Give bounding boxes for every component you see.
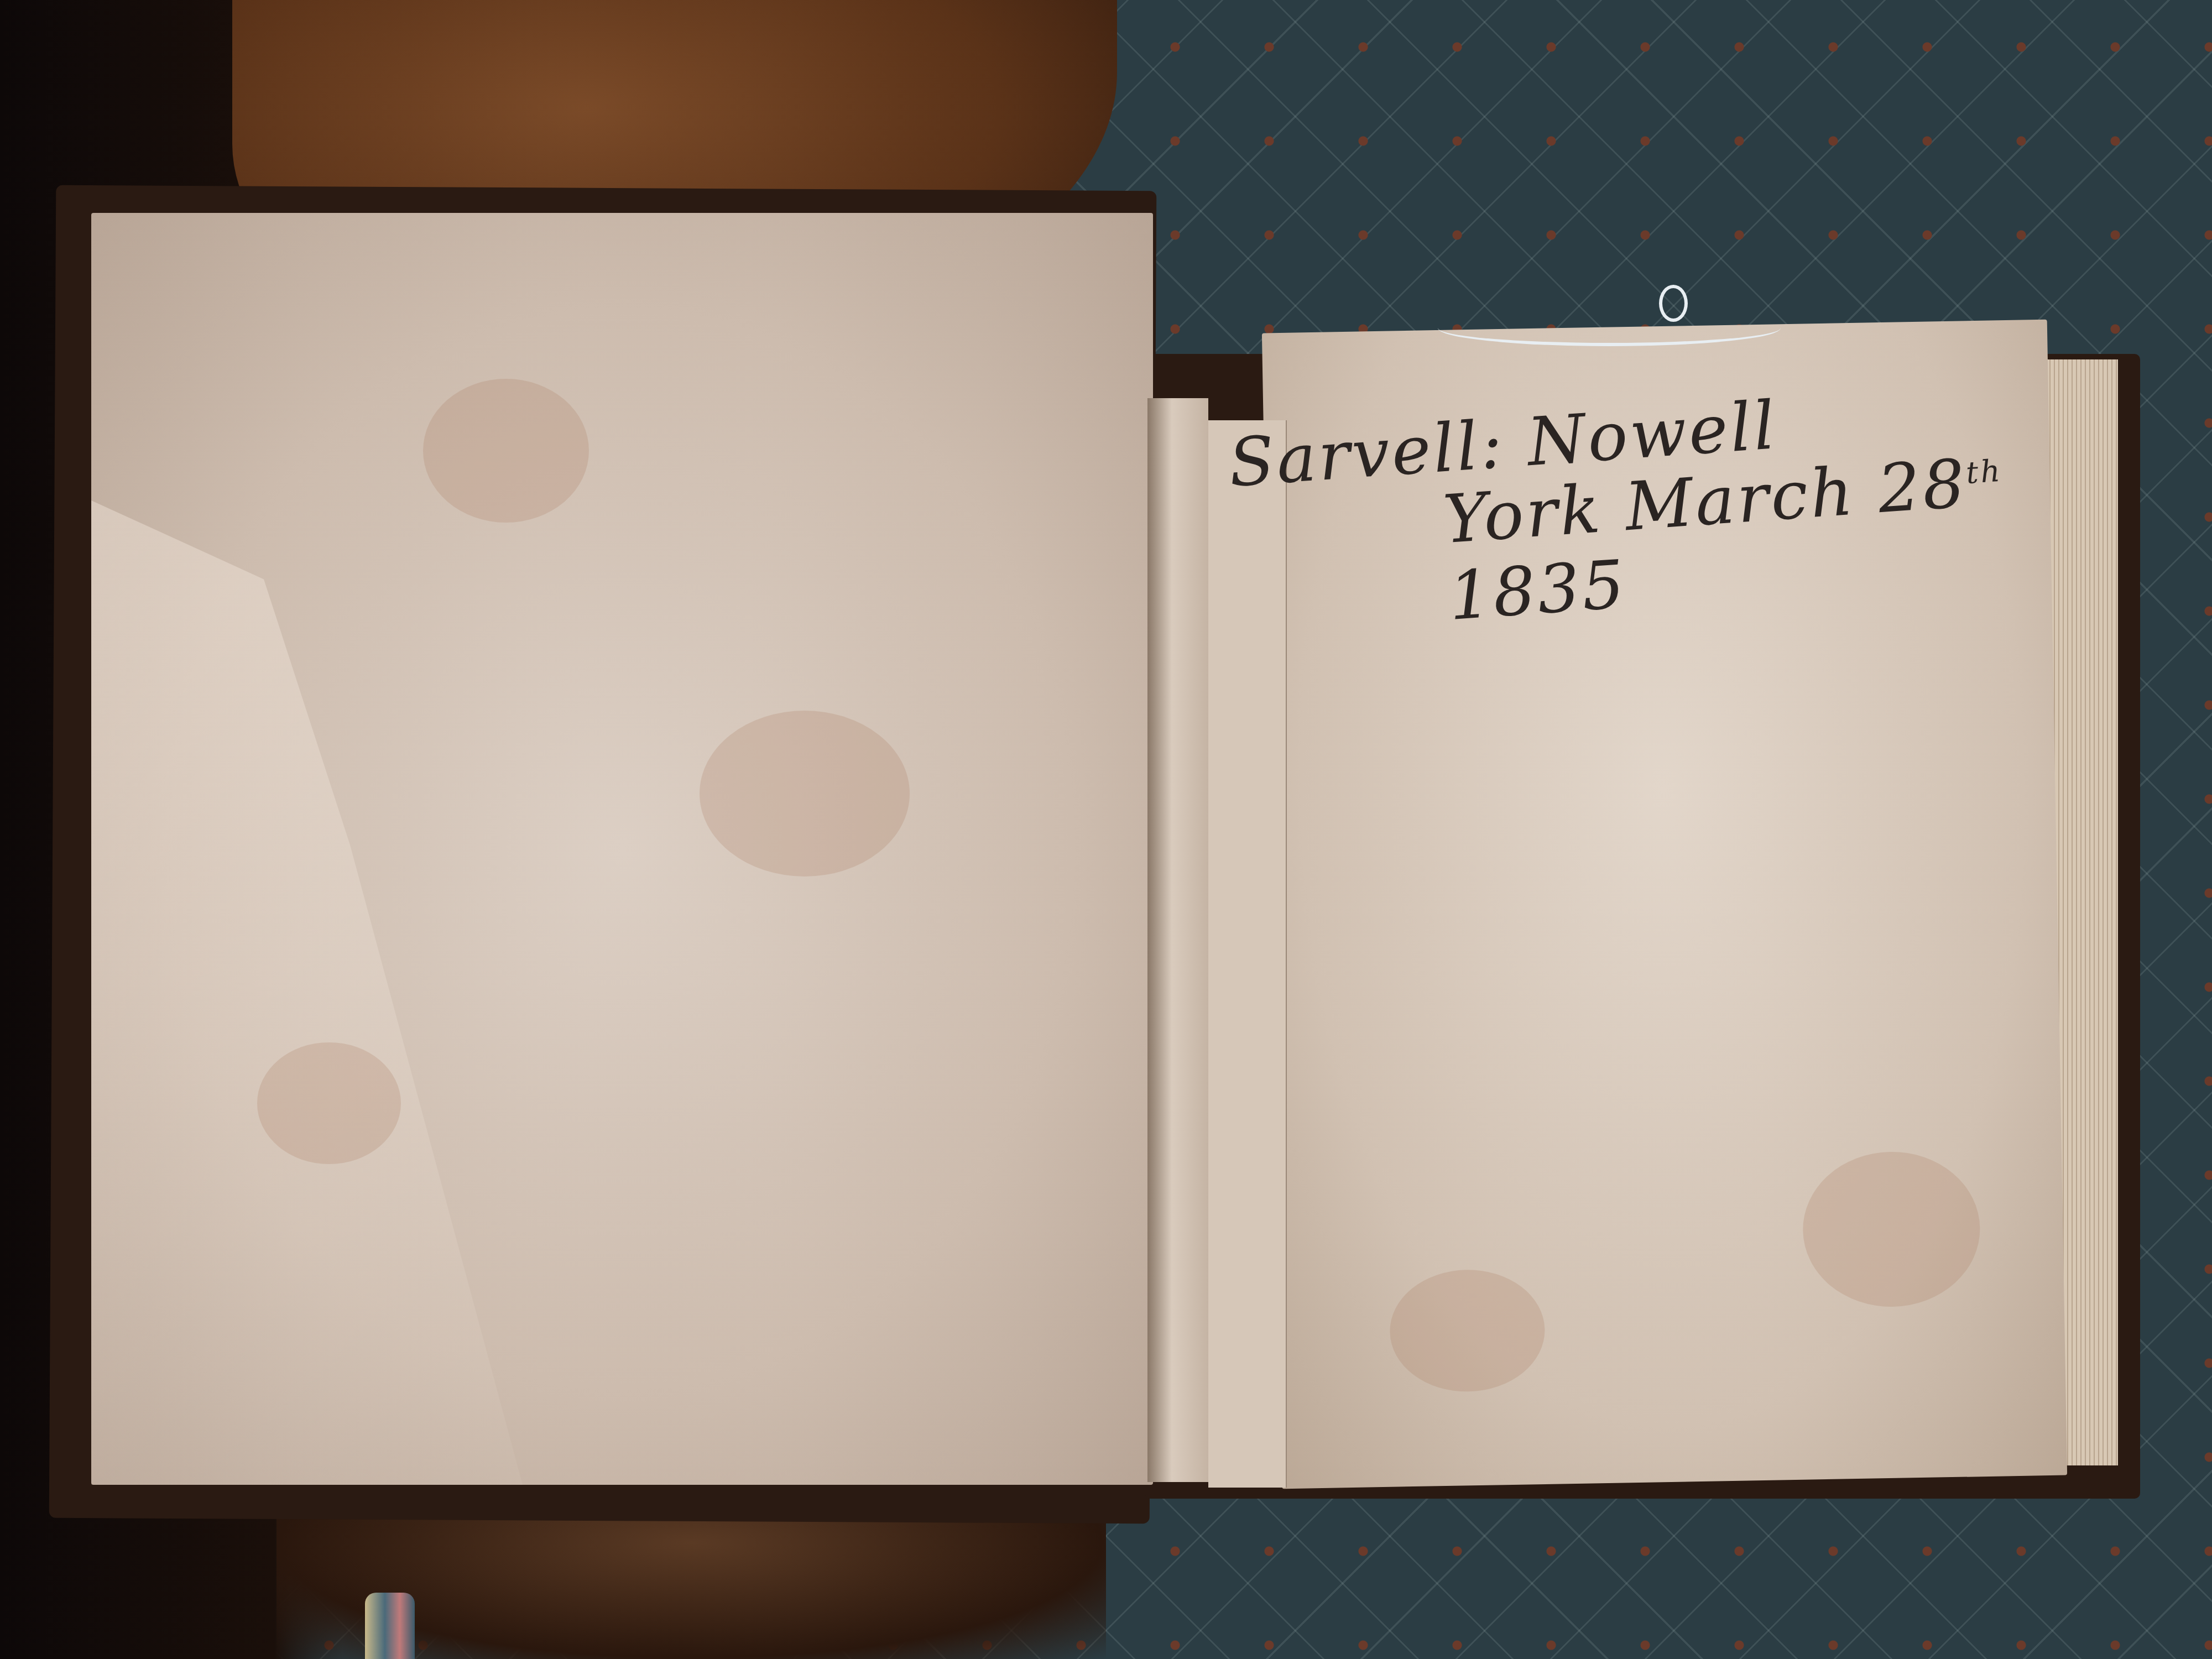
bookmark-string: [1438, 310, 1781, 346]
book-spine-gutter: [1147, 398, 1208, 1482]
foxing-stain: [423, 379, 589, 523]
paper-fold-shadow: [91, 500, 523, 1485]
foxing-stain: [700, 711, 910, 877]
inscription-ordinal: th: [1965, 453, 2004, 491]
foxing-stain: [1802, 1150, 1981, 1308]
inscription-year: 1835: [1446, 546, 1629, 635]
inside-cover-pastedown: [91, 213, 1153, 1485]
foxing-stain: [1389, 1269, 1546, 1393]
small-decorative-object: [365, 1593, 415, 1659]
bookmark-string-loop: [1659, 285, 1688, 322]
foxing-stain: [257, 1042, 401, 1164]
